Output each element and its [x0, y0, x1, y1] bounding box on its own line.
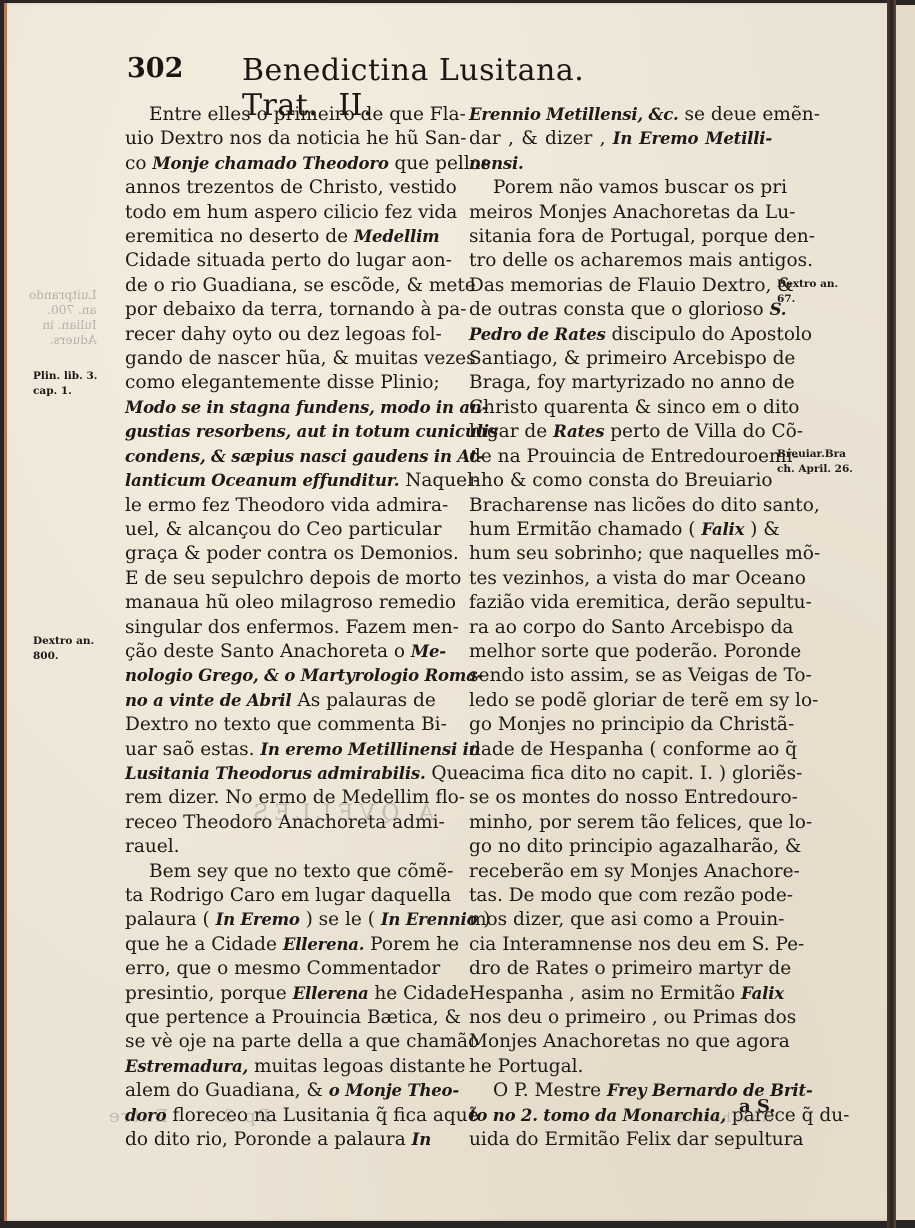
- text-line: de outras consta que o glorioso S.: [469, 298, 772, 322]
- ghost-line: Aduers.: [29, 333, 97, 348]
- text-line: Dextro no texto que commenta Bi-: [125, 713, 431, 737]
- text-line: he Portugal.: [469, 1055, 772, 1079]
- text-line: manaua hũ oleo milagroso remedio: [125, 591, 431, 615]
- text-line: co Monje chamado Theodoro que pellos: [125, 152, 431, 176]
- text-line: Christo quarenta & sinco em o dito: [469, 396, 772, 420]
- text-line: acima fica dito no capit. I. ) gloriẽs-: [469, 762, 772, 786]
- text-line: que he a Cidade Ellerena. Porem he: [125, 933, 431, 957]
- text-line: Entre elles o primeiro de que Fla-: [125, 103, 431, 127]
- facing-page-edge: [896, 5, 915, 1220]
- text-line: cia Interamnense nos deu em S. Pe-: [469, 933, 772, 957]
- text-line: lugar de Rates perto de Villa do Cõ-: [469, 420, 772, 444]
- text-line: no a vinte de Abril As palauras de: [125, 689, 431, 713]
- text-line: gando de nascer hũa, & muitas vezes: [125, 347, 431, 371]
- text-line: hum Ermitão chamado ( Falix ) &: [469, 518, 772, 542]
- text-line: nologio Grego, & o Martyrologio Roma-: [125, 664, 431, 688]
- text-line: uel, & alcançou do Ceo particular: [125, 518, 431, 542]
- text-line: Cidade situada perto do lugar aon-: [125, 249, 431, 273]
- text-line: nho & como consta do Breuiario: [469, 469, 772, 493]
- text-line: Modo se in stagna fundens, modo in an-: [125, 396, 431, 420]
- text-line: por debaixo da terra, tornando à pa-: [125, 298, 431, 322]
- page-number: 302: [127, 53, 183, 84]
- text-line: Braga, foy martyrizado no anno de: [469, 371, 772, 395]
- text-line: Hespanha , asim no Ermitão Falix: [469, 982, 772, 1006]
- book-gutter: [887, 0, 896, 1228]
- text-line: to no 2. tomo da Monarchia, parece q̃ du…: [469, 1104, 772, 1128]
- margin-note-line: Plin. lib. 3.: [33, 369, 97, 384]
- text-line: lanticum Oceanum effunditur. Naquel-: [125, 469, 431, 493]
- text-line: condens, & sæpius nasci gaudens in At-: [125, 445, 431, 469]
- text-line: dro de Rates o primeiro martyr de: [469, 957, 772, 981]
- text-line: dade de Hespanha ( conforme ao q̃: [469, 738, 772, 762]
- text-line: receberão em sy Monjes Anachore-: [469, 860, 772, 884]
- text-line: tro delle os acharemos mais antigos.: [469, 249, 772, 273]
- text-line: recer dahy oyto ou dez legoas fol-: [125, 323, 431, 347]
- text-line: mos dizer, que asi como a Prouin-: [469, 908, 772, 932]
- margin-note-line: Dextro an.: [33, 634, 94, 649]
- text-line: gustias resorbens, aut in totum cuniculi…: [125, 420, 431, 444]
- text-line: Lusitania Theodorus admirabilis. Que-: [125, 762, 431, 786]
- text-line: Pedro de Rates discipulo do Apostolo: [469, 323, 772, 347]
- text-line: ta Rodrigo Caro em lugar daquella: [125, 884, 431, 908]
- text-line: O P. Mestre Frey Bernardo de Brit-: [469, 1079, 772, 1103]
- text-line: erro, que o mesmo Commentador: [125, 957, 431, 981]
- text-line: melhor sorte que poderão. Poronde: [469, 640, 772, 664]
- text-line: uio Dextro nos da noticia he hũ San-: [125, 127, 431, 151]
- text-line: singular dos enfermos. Fazem men-: [125, 616, 431, 640]
- text-line: ra ao corpo do Santo Arcebispo da: [469, 616, 772, 640]
- text-line: rauel.: [125, 835, 431, 859]
- text-line: rem dizer. No ermo de Medellim flo-: [125, 786, 431, 810]
- text-line: alem do Guadiana, & o Monje Theo-: [125, 1079, 431, 1103]
- text-line: Bracharense nas licões do dito santo,: [469, 494, 772, 518]
- page-header: 302 Benedictina Lusitana. Trat.II.: [127, 53, 697, 93]
- text-line: sitania fora de Portugal, porque den-: [469, 225, 772, 249]
- ghost-line: an. 700.: [29, 303, 97, 318]
- text-line: nensi.: [469, 152, 772, 176]
- text-line: tes vezinhos, a vista do mar Oceano: [469, 567, 772, 591]
- text-line: uar saõ estas. In eremo Metillinensi in: [125, 738, 431, 762]
- text-line: dar , & dizer , In Eremo Metilli-: [469, 127, 772, 151]
- text-line: como elegantemente disse Plinio;: [125, 371, 431, 395]
- text-line: Monjes Anachoretas no que agora: [469, 1030, 772, 1054]
- text-line: hum seu sobrinho; que naquelles mõ-: [469, 542, 772, 566]
- text-line: uida do Ermitão Felix dar sepultura: [469, 1128, 772, 1152]
- text-line: fazião vida eremitica, derão sepultu-: [469, 591, 772, 615]
- text-line: ção deste Santo Anachoreta o Me-: [125, 640, 431, 664]
- text-line: doro floreceo na Lusitania q̃ fica aquẽ: [125, 1104, 431, 1128]
- text-line: se vè oje na parte della a que chamão: [125, 1030, 431, 1054]
- ghost-line: Iulian. in: [29, 318, 97, 333]
- text-line: le ermo fez Theodoro vida admira-: [125, 494, 431, 518]
- text-line: nos deu o primeiro , ou Primas dos: [469, 1006, 772, 1030]
- text-line: de na Prouincia de Entredouroemi-: [469, 445, 772, 469]
- text-line: palaura ( In Eremo ) se le ( In Erennio …: [125, 908, 431, 932]
- text-line: tas. De modo que com rezão pode-: [469, 884, 772, 908]
- text-line: se os montes do nosso Entredouro-: [469, 786, 772, 810]
- text-line: presintio, porque Ellerena he Cidade: [125, 982, 431, 1006]
- text-line: go Monjes no principio da Christã-: [469, 713, 772, 737]
- text-line: Erennio Metillensi, &c. se deue emẽn-: [469, 103, 772, 127]
- text-line: meiros Monjes Anachoretas da Lu-: [469, 201, 772, 225]
- text-line: Santiago, & primeiro Arcebispo de: [469, 347, 772, 371]
- text-line: todo em hum aspero cilicio fez vida: [125, 201, 431, 225]
- book-page: 302 Benedictina Lusitana. Trat.II. Luitp…: [4, 3, 893, 1221]
- right-text-column: Erennio Metillensi, &c. se deue emẽn-dar…: [469, 103, 772, 1152]
- text-line: ledo se podẽ gloriar de terẽ em sy lo-: [469, 689, 772, 713]
- text-line: annos trezentos de Christo, vestido: [125, 176, 431, 200]
- text-line: eremitica no deserto de Medellim: [125, 225, 431, 249]
- catchword: a S.: [739, 1096, 776, 1117]
- margin-note-line: 800.: [33, 649, 94, 664]
- text-line: Bem sey que no texto que cõmẽ-: [125, 860, 431, 884]
- text-line: do dito rio, Poronde a palaura In: [125, 1128, 431, 1152]
- text-line: E de seu sepulchro depois de morto: [125, 567, 431, 591]
- margin-note-dextro-800: Dextro an. 800.: [33, 634, 94, 664]
- ghost-line: Luitprando: [29, 288, 97, 303]
- text-line: graça & poder contra os Demonios.: [125, 542, 431, 566]
- margin-note-line: cap. 1.: [33, 384, 97, 399]
- text-line: que pertence a Prouincia Bætica, &: [125, 1006, 431, 1030]
- text-line: sendo isto assim, se as Veigas de To-: [469, 664, 772, 688]
- text-line: go no dito principio agazalharão, &: [469, 835, 772, 859]
- show-through-margin: Luitprando an. 700. Iulian. in Aduers.: [29, 288, 97, 348]
- left-text-column: Entre elles o primeiro de que Fla-uio De…: [125, 103, 431, 1152]
- text-line: Porem não vamos buscar os pri: [469, 176, 772, 200]
- text-line: de o rio Guadiana, se escõde, & mete: [125, 274, 431, 298]
- margin-note-plin: Plin. lib. 3. cap. 1.: [33, 369, 97, 399]
- text-line: receo Theodoro Anachoreta admi-: [125, 811, 431, 835]
- text-line: Estremadura, muitas legoas distante: [125, 1055, 431, 1079]
- text-line: Das memorias de Flauio Dextro, &: [469, 274, 772, 298]
- text-line: minho, por serem tão felices, que lo-: [469, 811, 772, 835]
